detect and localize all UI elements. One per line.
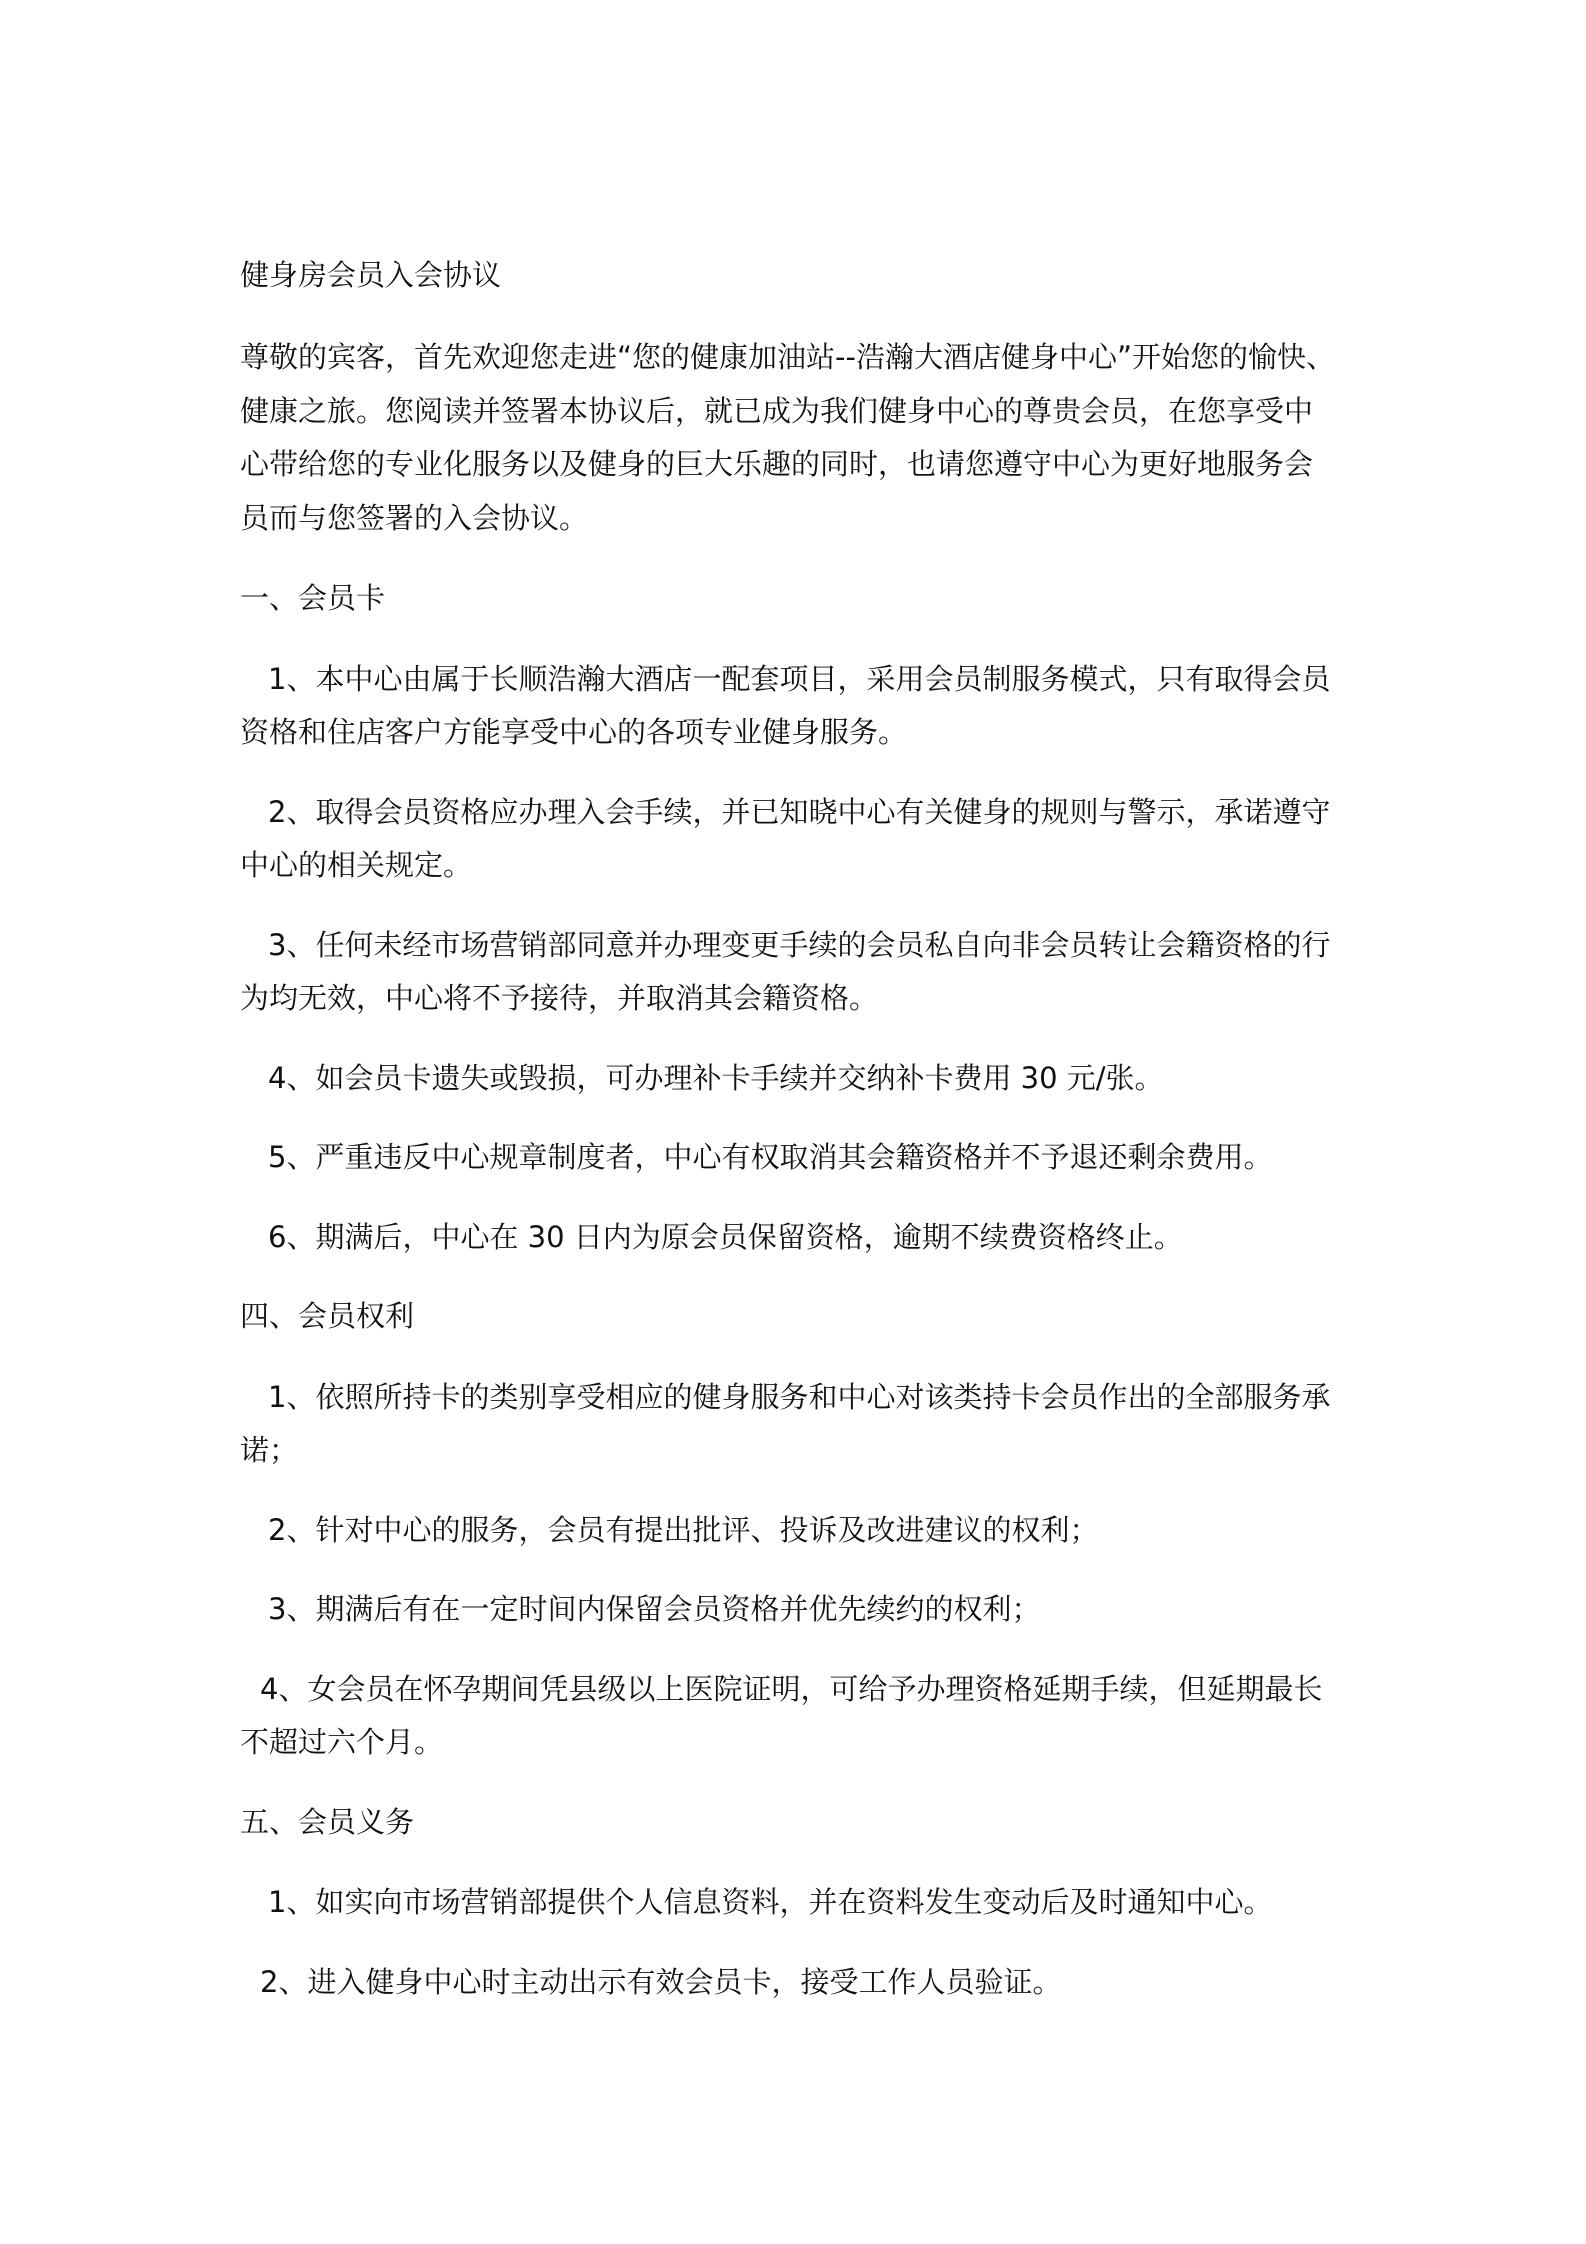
intro-paragraph: 尊敬的宾客，首先欢迎您走进“您的健康加油站--浩瀚大酒店健身中心”开始您的愉快、… xyxy=(240,331,1340,545)
section-heading: 一、会员卡 xyxy=(240,572,1340,626)
clause-item: 2、取得会员资格应办理入会手续，并已知晓中心有关健身的规则与警示，承诺遵守中心的… xyxy=(240,786,1340,893)
clause-item: 5、严重违反中心规章制度者，中心有权取消其会籍资格并不予退还剩余费用。 xyxy=(240,1131,1340,1185)
section-heading: 四、会员权利 xyxy=(240,1290,1340,1344)
section-member-rights: 四、会员权利 1、依照所持卡的类别享受相应的健身服务和中心对该类持卡会员作出的全… xyxy=(240,1290,1340,1770)
section-member-obligations: 五、会员义务 1、如实向市场营销部提供个人信息资料，并在资料发生变动后及时通知中… xyxy=(240,1796,1340,2010)
clause-item: 1、如实向市场营销部提供个人信息资料，并在资料发生变动后及时通知中心。 xyxy=(240,1876,1340,1930)
section-membership-card: 一、会员卡 1、本中心由属于长顺浩瀚大酒店一配套项目，采用会员制服务模式，只有取… xyxy=(240,572,1340,1264)
clause-item: 3、任何未经市场营销部同意并办理变更手续的会员私自向非会员转让会籍资格的行为均无… xyxy=(240,919,1340,1026)
clause-item: 1、本中心由属于长顺浩瀚大酒店一配套项目，采用会员制服务模式，只有取得会员资格和… xyxy=(240,653,1340,760)
document-page: 健身房会员入会协议 尊敬的宾客，首先欢迎您走进“您的健康加油站--浩瀚大酒店健身… xyxy=(240,253,1340,2035)
clause-item: 2、进入健身中心时主动出示有效会员卡，接受工作人员验证。 xyxy=(240,1956,1340,2010)
clause-item: 2、针对中心的服务，会员有提出批评、投诉及改进建议的权利； xyxy=(240,1504,1340,1558)
clause-item: 6、期满后，中心在 30 日内为原会员保留资格，逾期不续费资格终止。 xyxy=(240,1211,1340,1265)
clause-item: 4、女会员在怀孕期间凭县级以上医院证明，可给予办理资格延期手续，但延期最长不超过… xyxy=(240,1663,1340,1770)
clause-item: 4、如会员卡遗失或毁损，可办理补卡手续并交纳补卡费用 30 元/张。 xyxy=(240,1052,1340,1106)
section-heading: 五、会员义务 xyxy=(240,1796,1340,1850)
document-title: 健身房会员入会协议 xyxy=(240,253,1340,297)
clause-item: 3、期满后有在一定时间内保留会员资格并优先续约的权利； xyxy=(240,1583,1340,1637)
clause-item: 1、依照所持卡的类别享受相应的健身服务和中心对该类持卡会员作出的全部服务承诺； xyxy=(240,1371,1340,1478)
